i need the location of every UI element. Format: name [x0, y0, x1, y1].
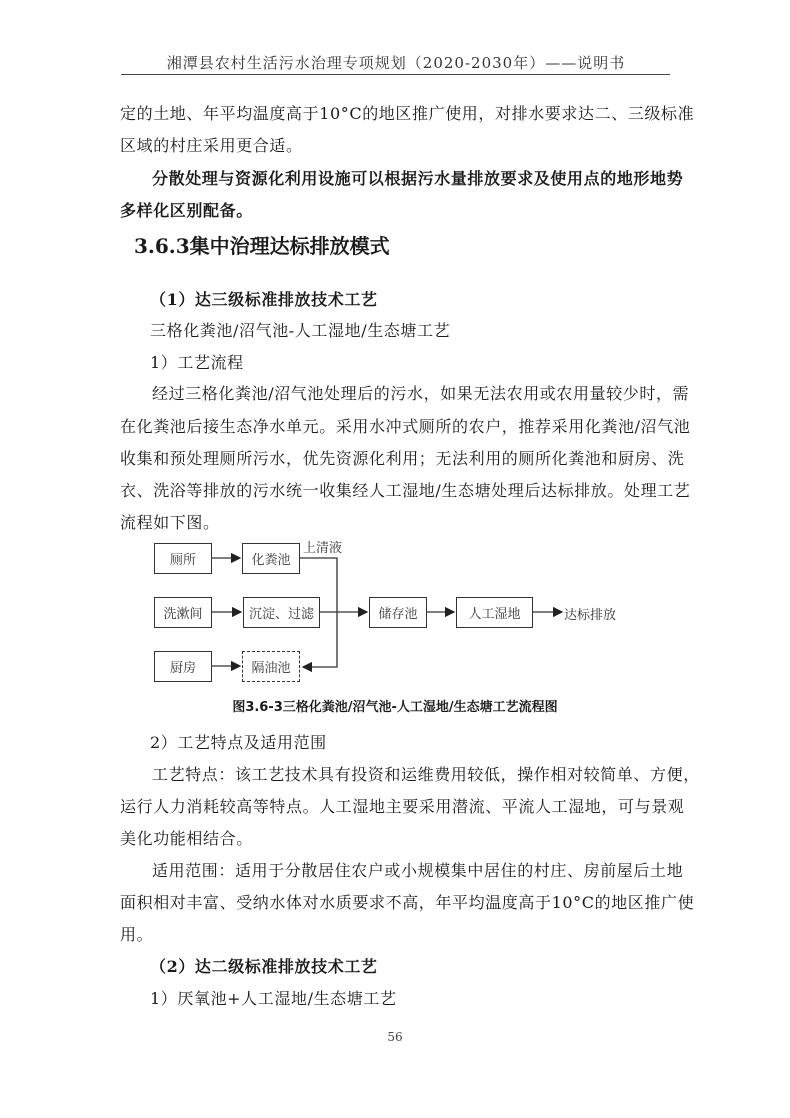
subheading: （1）达三级标准排放技术工艺	[150, 287, 378, 310]
paragraph-line: 面积相对丰富、受纳水体对水质要求不高，年平均温度高于10°C的地区推广使	[120, 890, 694, 913]
box-grease-trap: 隔油池	[242, 651, 300, 682]
step-title: 1）工艺流程	[150, 350, 244, 373]
box-wetland: 人工湿地	[456, 597, 533, 628]
paragraph-line: 经过三格化粪池/沼气池处理后的污水，如果无法农用或农用量较少时，需	[152, 381, 689, 404]
box-sediment-filter: 沉淀、过滤	[243, 597, 320, 628]
paragraph-line: 适用范围：适用于分散居住农户或小规模集中居住的村庄、房前屋后土地	[152, 858, 683, 881]
figure-caption: 图3.6-3三格化粪池/沼气池-人工湿地/生态塘工艺流程图	[0, 696, 790, 715]
paragraph-line: 衣、洗浴等排放的污水统一收集经人工湿地/生态塘处理后达标排放。处理工艺	[120, 478, 690, 501]
section-heading: 3.6.3集中治理达标排放模式	[134, 230, 390, 259]
paragraph-line-bold: 多样化区别配备。	[120, 198, 253, 221]
process-name: 三格化粪池/沼气池-人工湿地/生态塘工艺	[150, 318, 450, 341]
paragraph-line: 工艺特点：该工艺技术具有投资和运维费用较低，操作相对较简单、方便，	[152, 762, 700, 785]
page-header-title: 湘潭县农村生活污水治理专项规划（2020-2030年）——说明书	[121, 52, 671, 73]
page-number: 56	[0, 1030, 790, 1044]
paragraph-line: 定的土地、年平均温度高于10°C的地区推广使用，对排水要求达二、三级标准	[120, 101, 694, 124]
label-discharge: 达标排放	[564, 604, 616, 623]
paragraph-line: 美化功能相结合。	[120, 826, 253, 849]
box-kitchen: 厨房	[154, 651, 212, 682]
step-title: 1）厌氧池+人工湿地/生态塘工艺	[150, 986, 397, 1009]
paragraph-line: 运行人力消耗较高等特点。人工湿地主要采用潜流、平流人工湿地，可与景观	[120, 794, 684, 817]
box-septic-tank: 化粪池	[242, 543, 300, 574]
box-storage-tank: 储存池	[369, 597, 427, 628]
header-divider	[121, 74, 670, 75]
paragraph-line: 用。	[120, 922, 153, 945]
paragraph-line-bold: 分散处理与资源化利用设施可以根据污水量排放要求及使用点的地形地势	[152, 166, 683, 189]
subheading: （2）达二级标准排放技术工艺	[150, 954, 378, 977]
paragraph-line: 流程如下图。	[120, 510, 220, 533]
paragraph-line: 在化粪池后接生态净水单元。采用水冲式厕所的农户，推荐采用化粪池/沼气池	[120, 414, 690, 437]
box-washroom: 洗漱间	[154, 597, 212, 628]
step-title: 2）工艺特点及适用范围	[150, 730, 327, 753]
box-toilet: 厕所	[154, 543, 212, 574]
paragraph-line: 收集和预处理厕所污水，优先资源化利用；无法利用的厕所化粪池和厨房、洗	[120, 446, 684, 469]
paragraph-line: 区域的村庄采用更合适。	[120, 133, 303, 156]
label-supernatant: 上清液	[303, 537, 342, 556]
